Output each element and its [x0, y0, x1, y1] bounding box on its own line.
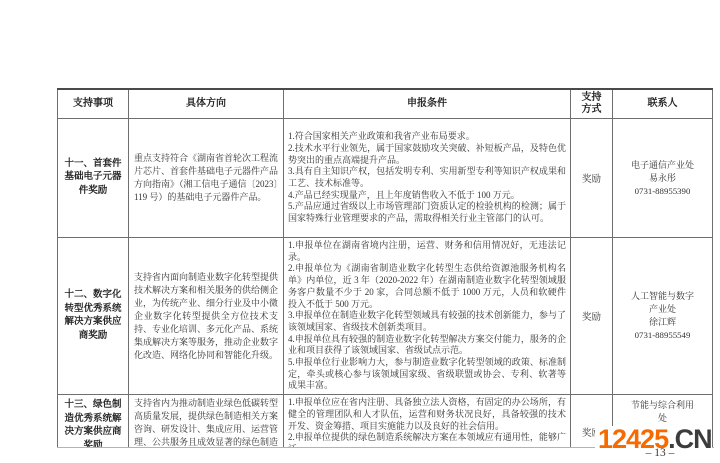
direction-13: 支持省内为推动制造业绿色低碳转型高质量发展，提供绿色制造相关方案咨询、研发设计、… — [129, 395, 284, 448]
condition-line: 2.技术水平行业领先，属于国家鼓励攻关突破、补短板产品，及特色优势突出的重点高端… — [288, 143, 566, 166]
conditions-13: 1.申报单位应在省内注册、具备独立法人资格，有固定的办公场所，有健全的管理团队和… — [284, 395, 571, 448]
header-conditions: 申报条件 — [284, 89, 571, 119]
header-support-item: 支持事项 — [58, 89, 129, 119]
conditions-12: 1.申报单位在湖南省境内注册，运营、财务和信用情况好，无违法记录。 2.申报单位… — [284, 238, 571, 395]
contact-name: 徐江辉 — [615, 316, 710, 329]
condition-line: 4.产品已经实现量产，且上年度销售收入不低于 100 万元。 — [288, 190, 566, 202]
condition-line: 5.申报单位行业影响力大，参与制造业数字化转型领域的政策、标准制定，牵头或核心参… — [288, 357, 566, 392]
contact-11: 电子通信产业处 易永彤 0731-88955390 — [613, 119, 713, 238]
header-direction: 具体方向 — [129, 89, 284, 119]
condition-line: 1.符合国家相关产业政策和我省产业布局要求。 — [288, 131, 566, 143]
condition-line: 3.具有自主知识产权，包括发明专利、实用新型专利等知识产权成果和工艺、技术标准等… — [288, 166, 566, 189]
condition-line: 5.产品应通过省级以上市场管理部门资质认定的检验机构的检测；属于国家特殊行业管理… — [288, 201, 566, 224]
direction-11: 重点支持符合《湖南省首轮次工程流片芯片、首套件基础电子元器件产品方向指南》（湘工… — [129, 119, 284, 238]
direction-12: 支持省内面向制造业数字化转型提供技术解决方案和相关服务的供给侧企业，为传统产业、… — [129, 238, 284, 395]
contact-dept: 产业处 — [615, 303, 710, 316]
condition-line: 3.申报单位在制造业数字化转型领域具有较强的技术创新能力，参与了该领域国家、省级… — [288, 310, 566, 333]
contact-phone: 0731-88955390 — [615, 185, 710, 198]
support-item-13: 十三、绿色制造优秀系统解决方案供应商奖励 — [58, 395, 129, 448]
contact-12: 人工智能与数字 产业处 徐江辉 0731-88955549 — [613, 238, 713, 395]
policy-table: 支持事项 具体方向 申报条件 支持方式 联系人 十一、首套件基础电子元器件奖励 … — [57, 88, 713, 448]
contact-dept: 人工智能与数字 — [615, 290, 710, 303]
table-row: 十二、数字化转型优秀系统解决方案供应商奖励 支持省内面向制造业数字化转型提供技术… — [58, 238, 713, 395]
contact-dept: 电子通信产业处 — [615, 159, 710, 172]
support-item-12: 十二、数字化转型优秀系统解决方案供应商奖励 — [58, 238, 129, 395]
condition-line: 4.申报单位具有较强的制造业数字化转型解决方案交付能力，服务的企业和项目获得了该… — [288, 334, 566, 357]
table-header-row: 支持事项 具体方向 申报条件 支持方式 联系人 — [58, 89, 713, 119]
condition-line: 1.申报单位应在省内注册、具备独立法人资格，有固定的办公场所，有健全的管理团队和… — [288, 397, 566, 432]
page-number: – 13 – — [612, 447, 708, 459]
contact-phone: 0731-88955549 — [615, 329, 710, 342]
support-item-11: 十一、首套件基础电子元器件奖励 — [58, 119, 129, 238]
contact-name: 易永彤 — [615, 172, 710, 185]
support-method-12: 奖励 — [571, 238, 613, 395]
condition-line: 2.申报单位为《湖南省制造业数字化转型生态供给资源池服务机构名单》内单位，近 3… — [288, 263, 566, 310]
header-method: 支持方式 — [571, 89, 613, 119]
policy-table-wrapper: 支持事项 具体方向 申报条件 支持方式 联系人 十一、首套件基础电子元器件奖励 … — [57, 88, 714, 448]
document-page: 支持事项 具体方向 申报条件 支持方式 联系人 十一、首套件基础电子元器件奖励 … — [0, 0, 720, 463]
conditions-11: 1.符合国家相关产业政策和我省产业布局要求。 2.技术水平行业领先，属于国家鼓励… — [284, 119, 571, 238]
condition-line: 1.申报单位在湖南省境内注册，运营、财务和信用情况好，无违法记录。 — [288, 240, 566, 263]
support-method-11: 奖励 — [571, 119, 613, 238]
table-row: 十一、首套件基础电子元器件奖励 重点支持符合《湖南省首轮次工程流片芯片、首套件基… — [58, 119, 713, 238]
contact-dept: 节能与综合利用 — [615, 399, 710, 412]
header-contact: 联系人 — [613, 89, 713, 119]
condition-line: 2.申报单位提供的绿色制造系统解决方案在本领域应有通用性，能够广泛 — [288, 432, 566, 448]
